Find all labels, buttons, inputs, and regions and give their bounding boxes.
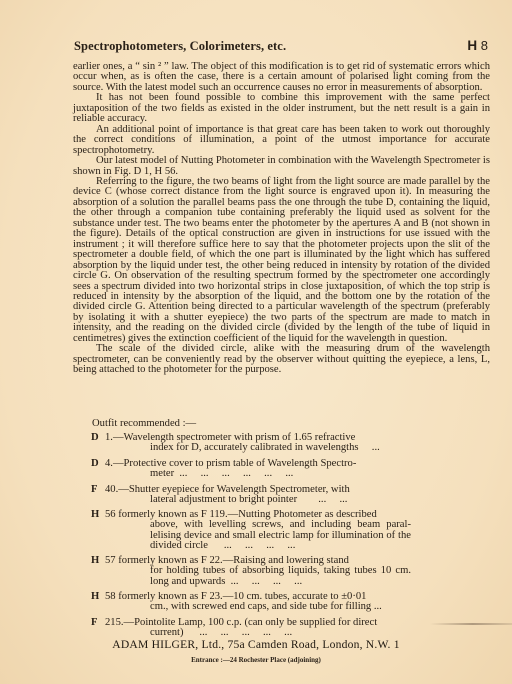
paragraph: An additional point of importance is tha… [73,125,490,156]
outfit-item: F 215.—Pointolite Lamp, 100 c.p. (can on… [91,618,411,638]
item-code: H [91,592,105,612]
catalogue-page: Spectrophotometers, Colorimeters, etc. H… [0,0,512,684]
outfit-item: H 57 formerly known as F 22.—Raising and… [91,556,411,586]
item-desc-lead: 40.—Shutter eyepiece for Wavelength Spec… [105,484,350,495]
section-letter: H [467,38,477,53]
item-desc-cont: current) ... ... ... ... ... [105,628,411,638]
page-number-value: 8 [481,38,488,53]
outfit-list: D 1.—Wavelength spectrometer with prism … [91,433,411,644]
body-text: earlier ones, a “ sin ² ” law. The objec… [73,62,490,376]
outfit-item: F 40.—Shutter eyepiece for Wavelength Sp… [91,485,411,505]
item-code: H [91,556,105,586]
paragraph: The scale of the divided circle, alike w… [73,344,490,375]
item-desc-cont: cm., with screwed end caps, and side tub… [105,602,411,612]
outfit-item: H 56 formerly known as F 119.—Nutting Ph… [91,510,411,550]
outfit-item: D 4.—Protective cover to prism table of … [91,459,411,479]
item-desc-cont: meter ... ... ... ... ... ... [105,469,411,479]
running-title: Spectrophotometers, Colorimeters, etc. [74,39,286,54]
item-code: F [91,618,105,638]
item-code: D [91,433,105,453]
item-desc-cont: index for D, accurately calibrated in wa… [105,443,411,453]
item-code: F [91,485,105,505]
paragraph: Our latest model of Nutting Photometer i… [73,156,490,177]
item-code: H [91,510,105,550]
page-header: Spectrophotometers, Colorimeters, etc. H… [74,38,488,54]
item-code: D [91,459,105,479]
paper-smudge [430,623,512,625]
page-number: H 8 [467,38,488,53]
paragraph: earlier ones, a “ sin ² ” law. The objec… [73,62,490,93]
paragraph: Referring to the figure, the two beams o… [73,177,490,344]
outfit-heading: Outfit recommended :— [92,418,196,429]
paragraph: It has not been found possible to combin… [73,93,490,124]
publisher-address: ADAM HILGER, Ltd., 75a Camden Road, Lond… [0,638,512,651]
item-desc-cont: lateral adjustment to bright pointer ...… [105,495,411,505]
outfit-item: D 1.—Wavelength spectrometer with prism … [91,433,411,453]
outfit-item: H 58 formerly known as F 23.—10 cm. tube… [91,592,411,612]
entrance-note: Entrance :—24 Rochester Place (adjoining… [0,656,512,664]
item-desc-cont: for holding tubes of absorbing liquids, … [105,566,411,586]
item-desc-cont: above, with levelling screws, and includ… [105,520,411,550]
